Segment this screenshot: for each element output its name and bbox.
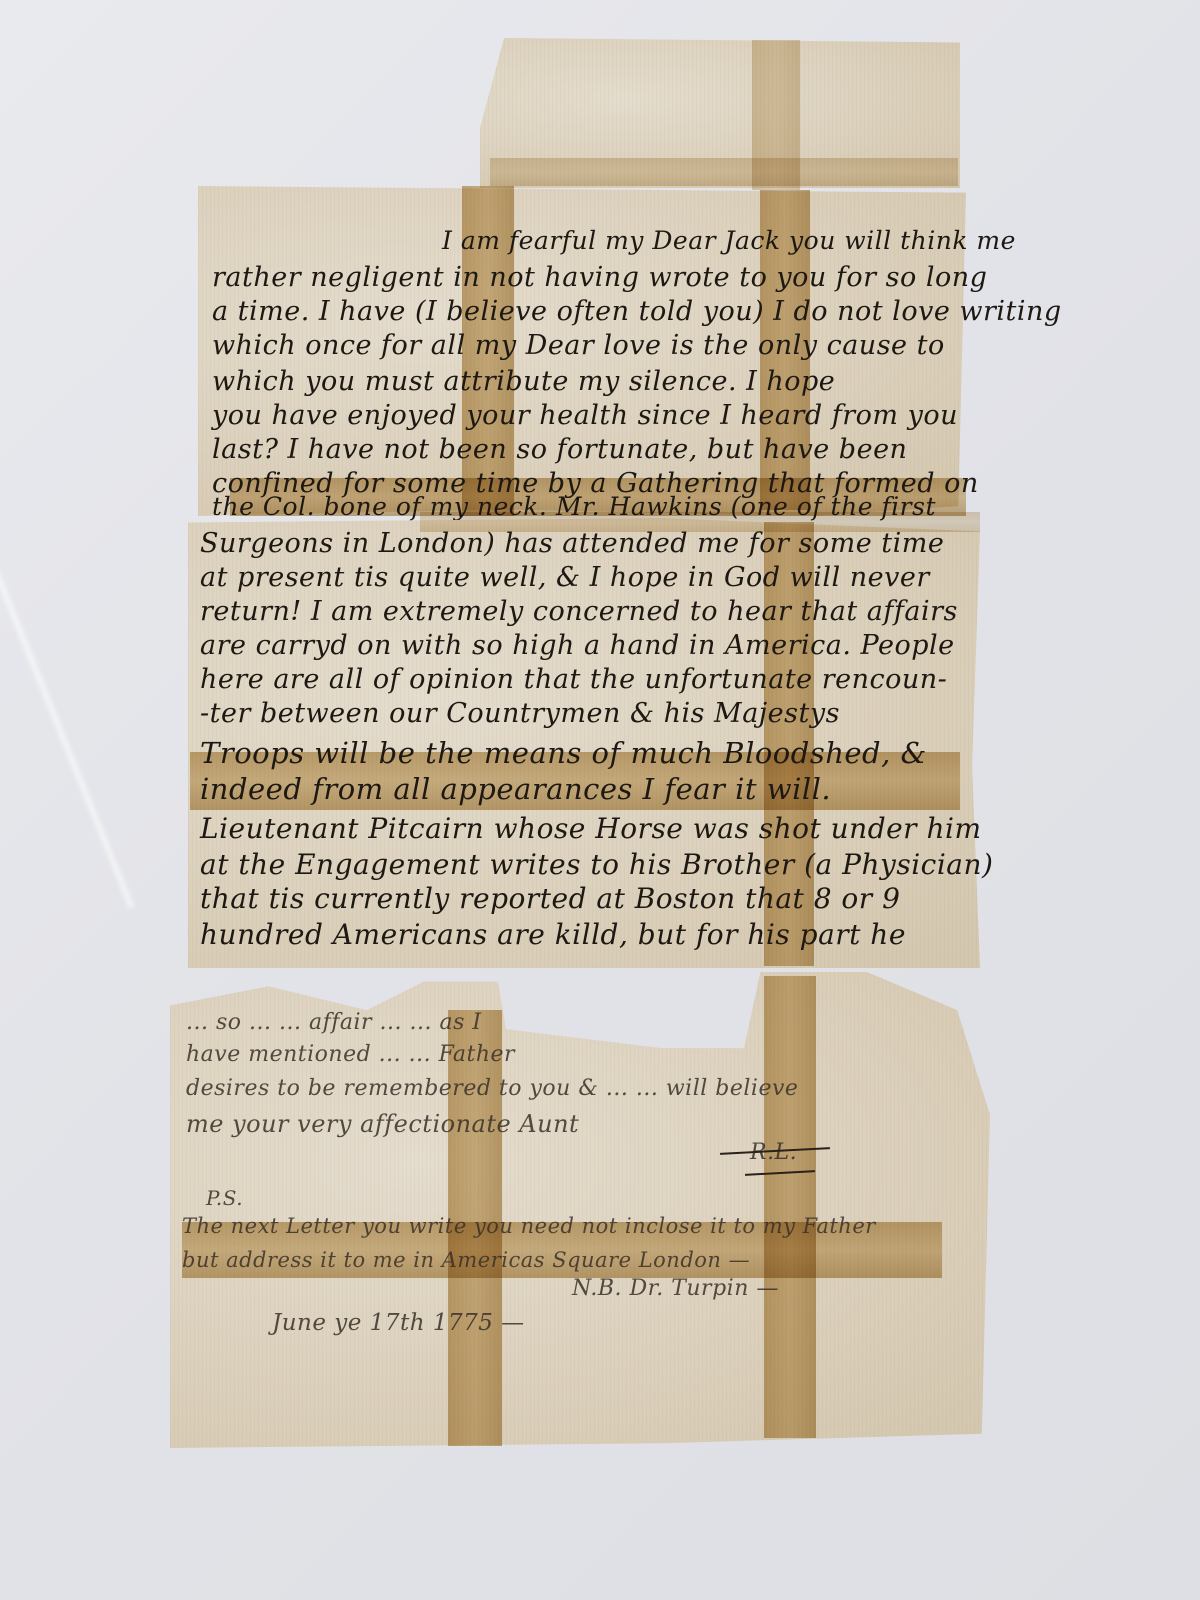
letter-line: have mentioned ... ... Father bbox=[186, 1042, 515, 1067]
background-glare bbox=[0, 72, 134, 909]
letter-line: Lieutenant Pitcairn whose Horse was shot… bbox=[200, 812, 982, 845]
letter-line: Surgeons in London) has attended me for … bbox=[200, 528, 944, 559]
letter-line: Troops will be the means of much Bloodsh… bbox=[200, 736, 927, 770]
letter-line: which you must attribute my silence. I h… bbox=[212, 366, 835, 397]
postscript-line: The next Letter you write you need not i… bbox=[182, 1214, 876, 1238]
letter-line: that tis currently reported at Boston th… bbox=[200, 882, 900, 915]
letter-line: desires to be remembered to you & ... ..… bbox=[186, 1076, 798, 1101]
postscript-line: but address it to me in Americas Square … bbox=[182, 1248, 750, 1272]
letter-line: I am fearful my Dear Jack you will think… bbox=[442, 226, 1016, 255]
tape-strip bbox=[764, 976, 816, 1438]
letter-line: return! I am extremely concerned to hear… bbox=[200, 596, 958, 627]
tape-strip bbox=[490, 158, 958, 186]
letter-line: which once for all my Dear love is the o… bbox=[212, 330, 945, 361]
letter-line: you have enjoyed your health since I hea… bbox=[212, 400, 958, 431]
letter-line: are carryd on with so high a hand in Ame… bbox=[200, 630, 955, 661]
postscript-signoff: N.B. Dr. Turpin — bbox=[572, 1276, 779, 1301]
letter-line: ... so ... ... affair ... ... as I bbox=[186, 1010, 482, 1035]
letter-line: at the Engagement writes to his Brother … bbox=[200, 848, 993, 881]
letter-line: here are all of opinion that the unfortu… bbox=[200, 664, 947, 695]
letter-line: a time. I have (I believe often told you… bbox=[212, 296, 1062, 327]
letter-line: rather negligent in not having wrote to … bbox=[212, 262, 987, 293]
postscript-label: P.S. bbox=[206, 1186, 243, 1210]
letter-date: June ye 17th 1775 — bbox=[272, 1310, 525, 1336]
letter-line: at present tis quite well, & I hope in G… bbox=[200, 562, 930, 593]
letter-line: me your very affectionate Aunt bbox=[186, 1110, 579, 1138]
letter-line: hundred Americans are killd, but for his… bbox=[200, 918, 906, 951]
letter-line: indeed from all appearances I fear it wi… bbox=[200, 772, 831, 806]
letter-line: -ter between our Countrymen & his Majest… bbox=[200, 698, 840, 729]
letter-line: last? I have not been so fortunate, but … bbox=[212, 434, 907, 465]
